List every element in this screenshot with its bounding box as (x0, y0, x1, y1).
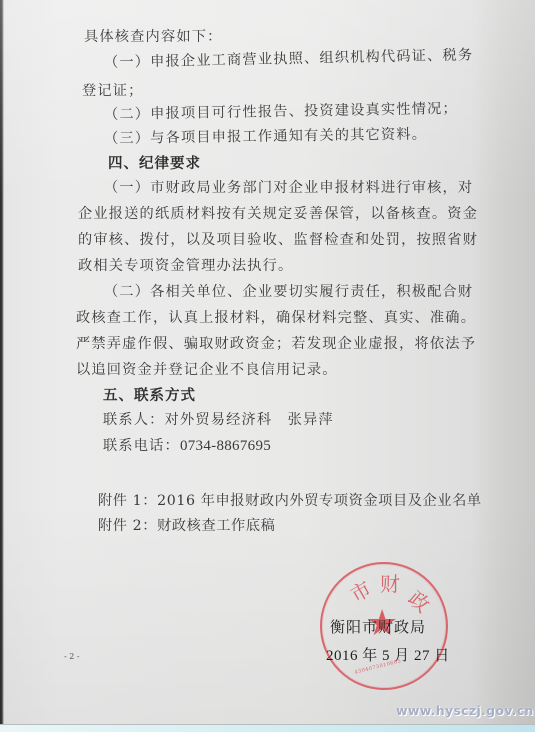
section4-heading: 四、纪律要求 (108, 152, 201, 173)
attachment-1: 附件 1：2016 年申报财政内外贸专项资金项目及企业名单 (98, 490, 482, 510)
bottom-edge (0, 724, 535, 732)
seal-char-2: 财 (380, 568, 400, 597)
contact-phone-label: 联系电话： (103, 438, 180, 454)
check-item-1: （一）申报企业工商营业执照、组织机构代码证、税务 (104, 44, 474, 72)
document-page: 具体核查内容如下： （一）申报企业工商营业执照、组织机构代码证、税务 登记证； … (0, 0, 535, 724)
intro-line: 具体核查内容如下： (84, 26, 223, 46)
contact-phone-row: 联系电话：0734-8867695 (103, 435, 271, 455)
attachment-2: 附件 2：财政核查工作底稿 (98, 515, 275, 535)
section4-para1-line4: 政相关专项资金管理办法执行。 (78, 255, 293, 275)
section4-para2-line1: （二）各相关单位、企业要切实履行责任，积极配合财 (104, 281, 473, 301)
section4-para1-line1: （一）市财政局业务部门对企业申报材料进行审核，对 (104, 177, 473, 197)
site-watermark: www.hysczj.gov.cn (396, 703, 534, 718)
check-item-2: （二）申报项目可行性报告、投资建设真实性情况； (104, 98, 458, 124)
section4-para2-line4: 以追回资金并登记企业不良信用记录。 (76, 359, 338, 379)
section5-heading: 五、联系方式 (103, 384, 196, 405)
check-item-3: （三）与各项目申报工作通知有关的其它资料。 (104, 123, 427, 148)
seal-char-3: 政 (403, 583, 437, 618)
issuer-name: 衡阳市财政局 (330, 616, 426, 637)
contact-phone-value: 0734-8867695 (180, 438, 271, 454)
issue-date: 2016 年 5 月 27 日 (326, 644, 450, 665)
section4-para1-line2: 企业报送的纸质材料按有关规定妥善保管，以备核查。资金 (78, 203, 478, 223)
section4-para1-line3: 的审核、拨付，以及项目验收、监督检查和处罚，按照省财 (78, 229, 478, 249)
section4-para2-line2: 政核查工作，认真上报材料，确保材料完整、真实、准确。 (76, 307, 476, 327)
check-item-1-cont: 登记证； (82, 80, 144, 100)
section4-para2-line3: 严禁弄虚作假、骗取财政资金；若发现企业虚报，将依法予 (76, 333, 476, 353)
page-number: - 2 - (64, 652, 80, 661)
contact-person: 联系人：对外贸易经济科 张异萍 (103, 409, 334, 429)
